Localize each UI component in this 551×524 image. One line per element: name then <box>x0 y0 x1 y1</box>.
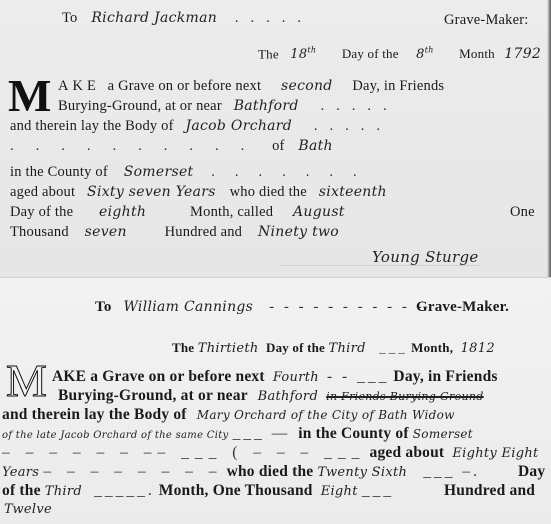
body-line-1: AKE a Grave on or before next Fourth - -… <box>52 368 498 386</box>
county-value: Somerset <box>413 427 473 441</box>
day-label: Day <box>518 463 545 481</box>
grave-maker-suffix: Grave-Maker. <box>416 299 509 316</box>
day-value: 18th <box>290 47 316 62</box>
death-month-value: Third <box>45 484 82 499</box>
body-line-5: in the County of Somerset ....... <box>10 164 377 181</box>
death-month-ordinal: eighth <box>99 204 146 220</box>
to-label: To <box>62 10 78 26</box>
body-line-7: of the Third _____. Month, One Thousand … <box>2 482 394 500</box>
deceased-name: Jacob Orchard <box>185 118 292 134</box>
addressee-line: To William Cannings - - - - - - - - - - … <box>95 299 425 316</box>
burial-order-form-1812: To William Cannings - - - - - - - - - - … <box>0 277 551 524</box>
day-of-the-label: Day of the <box>266 340 325 355</box>
month-value: 8th <box>416 47 434 62</box>
signature: Young Sturge <box>372 248 479 266</box>
to-label: To <box>95 299 112 315</box>
addressee-line: To Richard Jackman ..... <box>62 10 313 27</box>
death-month-name: August <box>293 204 345 220</box>
one-label: One <box>510 204 535 221</box>
year-value: 1792 <box>504 46 541 62</box>
next-day-value: Fourth <box>273 370 319 385</box>
body-line-3: and therein lay the Body of Mary Orchard… <box>2 406 455 424</box>
date-the-label: The <box>258 46 279 61</box>
body-line-8: Thousand seven Hundred and Ninety two <box>10 224 339 241</box>
date-line: The Thirtieth Day of the Third ___ Month… <box>172 340 495 356</box>
burying-ground-location: Bathford <box>258 389 318 404</box>
date-the-label: The <box>172 340 194 355</box>
burial-order-form-1792: To Richard Jackman ..... Grave-Maker: Th… <box>0 0 551 277</box>
date-line: The 18th Day of the 8th Month 1792 <box>258 46 541 62</box>
age-unit: Years <box>2 465 39 480</box>
body-line-3: and therein lay the Body of Jacob Orchar… <box>10 118 392 135</box>
death-year-hundreds: Eight <box>321 484 358 499</box>
body-line-2: Burying-Ground, at or near Bathford ....… <box>58 98 399 115</box>
grave-maker-suffix: Grave-Maker: <box>444 12 529 29</box>
death-year-tens: Ninety two <box>258 224 339 240</box>
death-year-hundreds: seven <box>85 224 127 240</box>
drop-cap-m: M <box>6 358 47 404</box>
age-value: Eighty Eight <box>452 446 538 461</box>
grave-maker-name: Richard Jackman <box>91 10 217 26</box>
grave-maker-name: William Cannings <box>123 299 253 315</box>
body-line-5: – – – – – – –– ___ ( – – – ___ aged abou… <box>2 444 539 462</box>
next-day-value: second <box>281 78 333 94</box>
deceased-relation: of the late Jacob Orchard of the same Ci… <box>2 430 229 441</box>
death-day-value: sixteenth <box>319 184 387 200</box>
deceased-residence: Bath <box>298 138 332 154</box>
deceased-name: Mary Orchard of the City of Bath Widow <box>197 408 455 422</box>
drop-cap-m: M <box>8 73 51 119</box>
day-value: Thirtieth <box>198 341 259 356</box>
month-value: Third <box>328 341 365 356</box>
leader-dots: ..... <box>235 10 313 26</box>
death-year-tens: Twelve <box>4 502 52 517</box>
body-line-7: Day of the eighth Month, called August <box>10 204 345 221</box>
struck-through-text: in Friends Burying Ground <box>326 390 483 403</box>
page-edge-shadow <box>547 0 551 277</box>
body-line-4: .......... of Bath <box>10 138 333 155</box>
year-value: 1812 <box>461 341 495 356</box>
body-line-1: AKE a Grave on or before next second Day… <box>58 78 444 95</box>
county-value: Somerset <box>124 164 194 180</box>
body-line-6: Years – – – – – – – – who died the Twent… <box>2 463 480 481</box>
day-of-the-label: Day of the <box>342 46 399 61</box>
body-line-4: of the late Jacob Orchard of the same Ci… <box>2 425 473 443</box>
month-label: Month <box>459 46 495 61</box>
body-line-2: Burying-Ground, at or near Bathford in F… <box>58 387 484 405</box>
body-line-6: aged about Sixty seven Years who died th… <box>10 184 387 201</box>
hundred-and-label: Hundred and <box>444 482 535 500</box>
month-label: Month, <box>411 340 453 355</box>
age-value: Sixty seven Years <box>87 184 216 200</box>
burying-ground-location: Bathford <box>234 98 299 114</box>
death-day-value: Twenty Sixth <box>317 465 407 480</box>
